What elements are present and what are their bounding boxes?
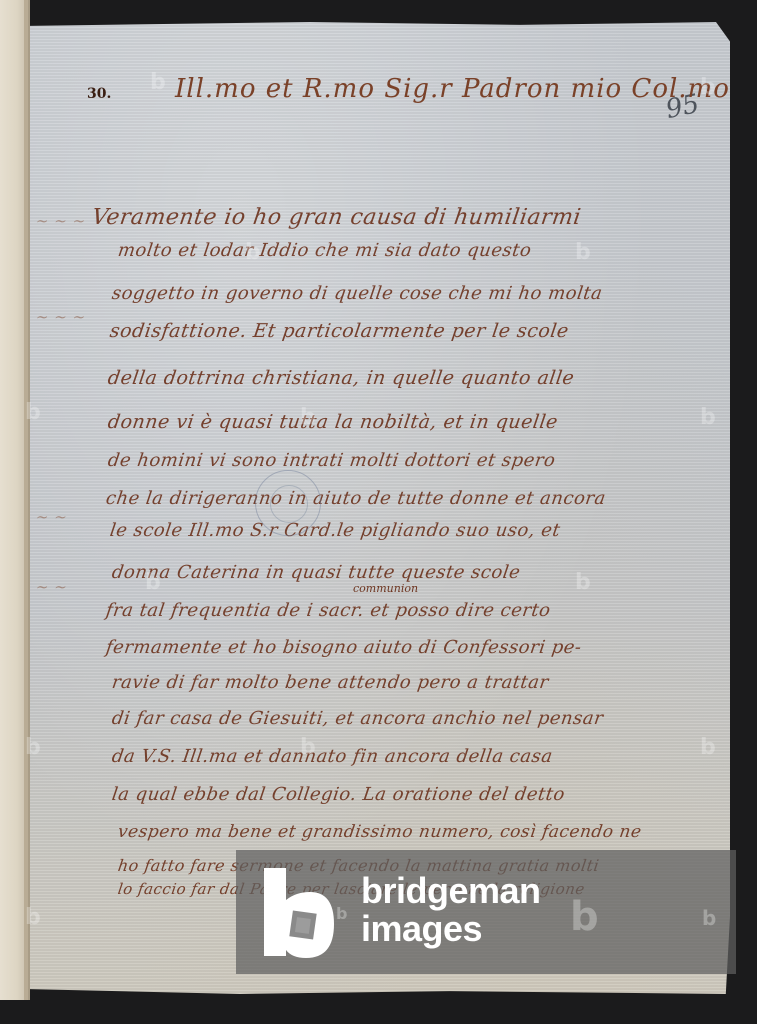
salutation-line: Ill.mo et R.mo Sig.r Padron mio Col.mo <box>175 74 730 104</box>
bleed-through-text: ~ ~ ~ <box>35 308 87 326</box>
text-line: donne vi è quasi tutta la nobiltà, et in… <box>106 411 559 433</box>
watermark-ghost-icon: b <box>575 570 591 595</box>
binding-edge <box>24 0 28 1000</box>
text-line: ravie di far molto bene attendo pero a t… <box>111 672 551 693</box>
library-stamp-inner <box>270 485 308 523</box>
interlinear-insertion: communion <box>353 582 418 595</box>
watermark-ghost-icon: b <box>25 400 41 425</box>
watermark-ghost-icon: b <box>145 570 161 595</box>
watermark-ghost-icon: b <box>25 735 41 760</box>
text-line: Veramente io ho gran causa di humiliarmi <box>90 205 582 230</box>
text-line: di far casa de Giesuiti, et ancora anchi… <box>111 708 605 729</box>
text-line: che la dirigeranno in aiuto de tutte don… <box>105 488 608 509</box>
text-line: soggetto in governo di quelle cose che m… <box>111 283 604 304</box>
bleed-through-text: ~ ~ <box>35 578 69 596</box>
watermark-ghost-icon: b <box>336 904 347 923</box>
wordmark-line-1: bridgeman <box>361 872 541 910</box>
bleed-through-text: ~ ~ <box>35 508 69 526</box>
text-line: donna Caterina in quasi tutte queste sco… <box>111 562 522 583</box>
watermark-ghost-icon: b <box>700 405 716 430</box>
watermark-ghost-icon: b <box>300 735 316 760</box>
watermark-ghost-icon: b <box>702 906 716 930</box>
text-line: de homini vi sono intrati molti dottori … <box>107 450 557 471</box>
text-line: la qual ebbe dal Collegio. La oratione d… <box>111 784 567 805</box>
text-line: vespero ma bene et grandissimo numero, c… <box>117 822 643 842</box>
watermark-ghost-icon: b <box>700 735 716 760</box>
bridgeman-wordmark: bridgeman images <box>361 872 541 948</box>
watermark-ghost-icon: b <box>245 240 261 265</box>
bleed-through-text: ~ ~ ~ <box>35 212 87 230</box>
watermark-ghost-icon: b <box>150 70 166 95</box>
library-stamp <box>255 470 321 536</box>
folio-number-left: 30. <box>87 86 111 102</box>
text-line: della dottrina christiana, in quelle qua… <box>106 367 575 389</box>
watermark-ghost-icon: b <box>700 75 716 100</box>
text-line: da V.S. Ill.ma et dannato fin ancora del… <box>111 746 555 767</box>
text-line: fra tal frequentia de i sacr. et posso d… <box>105 600 552 621</box>
bridgeman-logo-icon <box>264 868 334 958</box>
watermark-ghost-icon: b <box>300 405 316 430</box>
text-line: le scole Ill.mo S.r Card.le pigliando su… <box>109 520 562 541</box>
text-line: sodisfattione. Et particolarmente per le… <box>108 320 570 342</box>
bridgeman-watermark: bridgeman images b b b <box>236 850 736 974</box>
watermark-ghost-icon: b <box>25 905 41 930</box>
text-line: fermamente et ho bisogno aiuto di Confes… <box>105 637 583 658</box>
text-line: molto et lodar Iddio che mi sia dato que… <box>117 240 533 261</box>
wordmark-line-2: images <box>361 910 541 948</box>
watermark-ghost-icon: b <box>570 894 599 940</box>
watermark-ghost-icon: b <box>575 240 591 265</box>
